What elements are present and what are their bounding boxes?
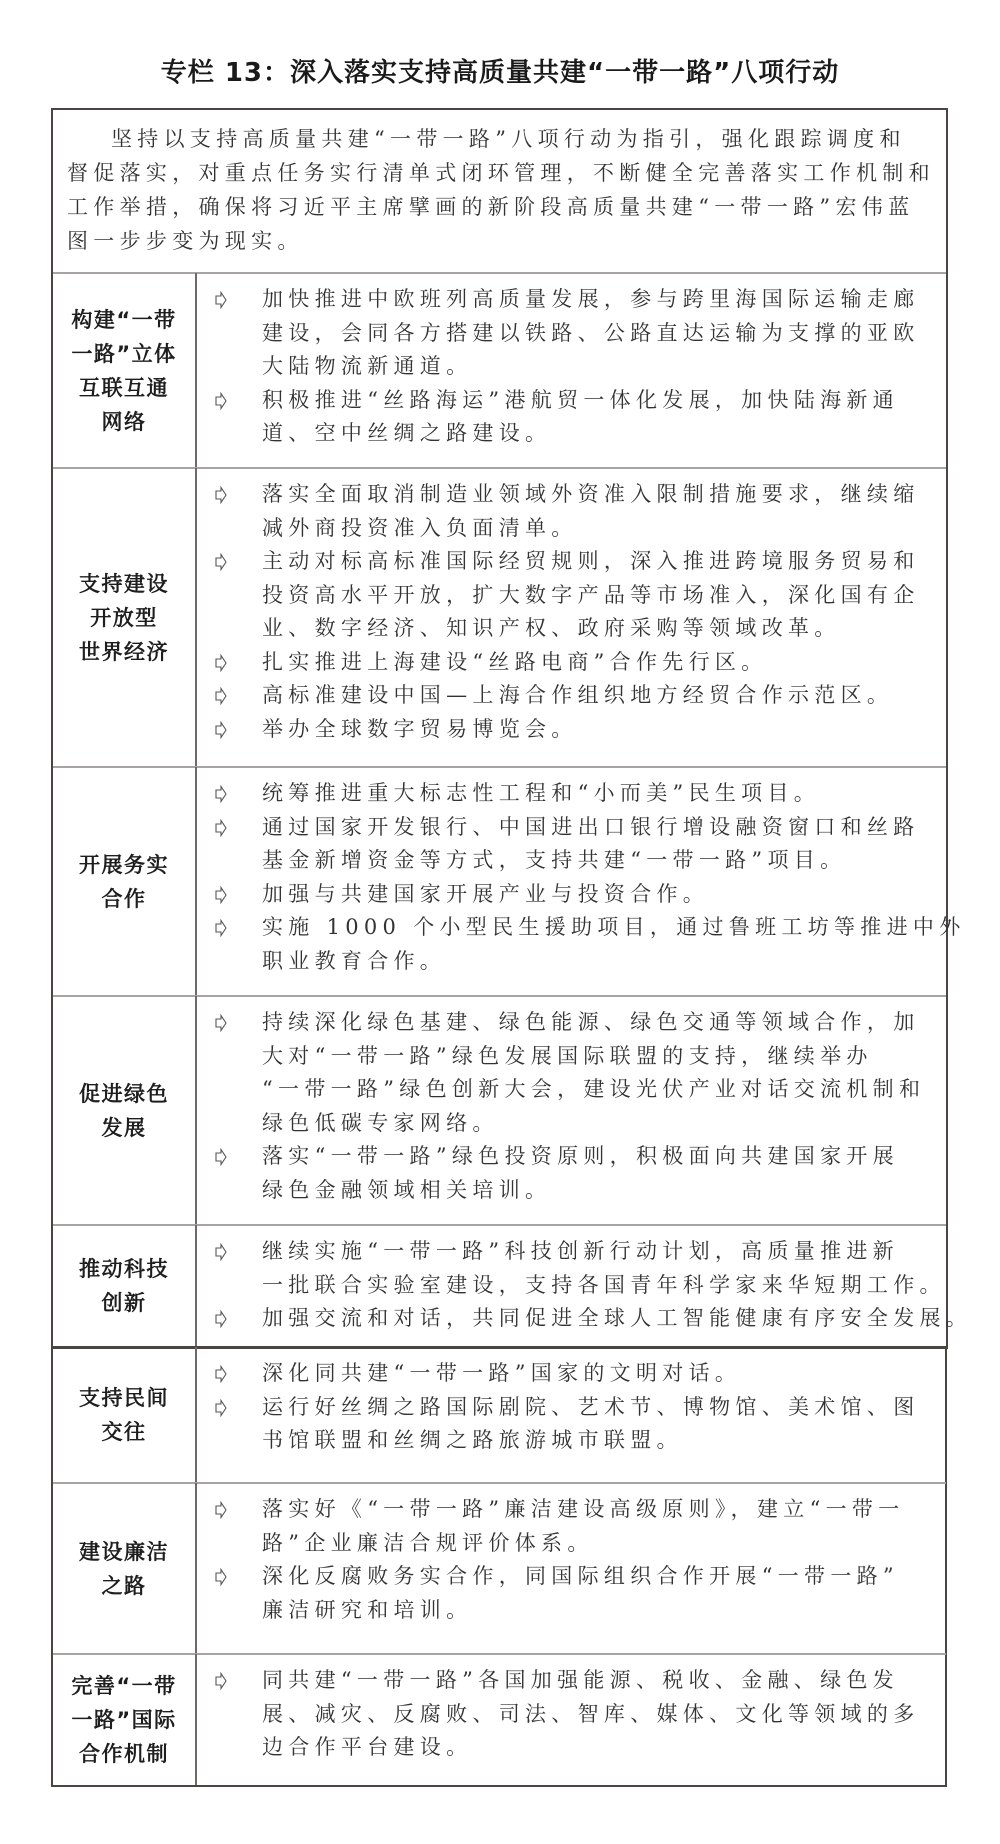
list-item-text: 廉洁研究和培训。	[262, 1594, 945, 1628]
row-label-line: 开展务实	[79, 848, 169, 882]
row-label: 构建“一带一路”立体互联互通网络	[53, 273, 195, 468]
list-item: 积极推进“丝路海运”港航贸一体化发展，加快陆海新通道、空中丝绸之路建设。	[197, 384, 945, 451]
row-label-line: 开放型	[90, 601, 158, 635]
outlined-right-arrow-icon	[215, 654, 227, 672]
list-item-text: 持续深化绿色基建、绿色能源、绿色交通等领域合作，加	[262, 1006, 945, 1040]
list-item: 加强与共建国家开展产业与投资合作。	[197, 878, 945, 912]
row-content: 继续实施“一带一路”科技创新行动计划，高质量推进新一批联合实验室建设，支持各国青…	[197, 1225, 945, 1347]
list-item-text: 积极推进“丝路海运”港航贸一体化发展，加快陆海新通	[262, 384, 945, 418]
intro-paragraph: 坚持以支持高质量共建“一带一路”八项行动为指引，强化跟踪调度和 督促落实，对重点…	[53, 110, 946, 273]
list-item-text: 加强与共建国家开展产业与投资合作。	[262, 878, 945, 912]
list-item: 落实“一带一路”绿色投资原则，积极面向共建国家开展绿色金融领域相关培训。	[197, 1140, 945, 1207]
row-label-line: 创新	[102, 1286, 147, 1320]
list-item-text: 建设，会同各方搭建以铁路、公路直达运输为支撑的亚欧	[262, 317, 945, 351]
row-label-line: 发展	[102, 1111, 147, 1145]
list-item: 加强交流和对话，共同促进全球人工智能健康有序安全发展。	[197, 1302, 945, 1336]
outlined-right-arrow-icon	[215, 886, 227, 904]
list-item-text: 加强交流和对话，共同促进全球人工智能健康有序安全发展。	[262, 1302, 945, 1336]
list-item-text: 落实“一带一路”绿色投资原则，积极面向共建国家开展	[262, 1140, 945, 1174]
row-label-line: 推动科技	[79, 1252, 169, 1286]
outlined-right-arrow-icon	[215, 1243, 227, 1261]
list-item-text: 展、减灾、反腐败、司法、智库、媒体、文化等领域的多	[262, 1698, 945, 1732]
outlined-right-arrow-icon	[215, 1310, 227, 1328]
outlined-right-arrow-icon	[215, 919, 227, 937]
list-item: 实施 1000 个小型民生援助项目，通过鲁班工坊等推进中外职业教育合作。	[197, 911, 945, 978]
list-item-text: 职业教育合作。	[262, 945, 945, 979]
row-label-line: 支持建设	[79, 567, 169, 601]
outlined-right-arrow-icon	[215, 1568, 227, 1586]
row-label-line: 构建“一带	[71, 303, 176, 337]
row-label: 支持建设开放型世界经济	[53, 468, 195, 767]
outlined-right-arrow-icon	[215, 392, 227, 410]
list-item-text: 通过国家开发银行、中国进出口银行增设融资窗口和丝路	[262, 811, 945, 845]
outlined-right-arrow-icon	[215, 1365, 227, 1383]
list-item: 运行好丝绸之路国际剧院、艺术节、博物馆、美术馆、图书馆联盟和丝绸之路旅游城市联盟…	[197, 1391, 945, 1458]
list-item-text: 落实全面取消制造业领域外资准入限制措施要求，继续缩	[262, 478, 945, 512]
list-item-text: 实施 1000 个小型民生援助项目，通过鲁班工坊等推进中外	[262, 911, 945, 945]
outlined-right-arrow-icon	[215, 291, 227, 309]
row-label: 开展务实合作	[53, 767, 195, 996]
row-content: 深化同共建“一带一路”国家的文明对话。运行好丝绸之路国际剧院、艺术节、博物馆、美…	[197, 1347, 945, 1483]
outlined-right-arrow-icon	[215, 721, 227, 739]
intro-line: 图一步步变为现实。	[67, 224, 932, 258]
row-content: 持续深化绿色基建、绿色能源、绿色交通等领域合作，加大对“一带一路”绿色发展国际联…	[197, 996, 945, 1225]
outlined-right-arrow-icon	[215, 1399, 227, 1417]
list-item-text: 绿色金融领域相关培训。	[262, 1174, 945, 1208]
row-label-line: 支持民间	[79, 1381, 169, 1415]
list-item-text: 主动对标高标准国际经贸规则，深入推进跨境服务贸易和	[262, 545, 945, 579]
list-item-text: 高标准建设中国—上海合作组织地方经贸合作示范区。	[262, 679, 945, 713]
list-item-text: 深化同共建“一带一路”国家的文明对话。	[262, 1357, 945, 1391]
list-item-text: 基金新增资金等方式，支持共建“一带一路”项目。	[262, 844, 945, 878]
list-item-text: 举办全球数字贸易博览会。	[262, 713, 945, 747]
list-item-text: 绿色低碳专家网络。	[262, 1107, 945, 1141]
row-label: 完善“一带一路”国际合作机制	[53, 1654, 195, 1785]
list-item-text: 路”企业廉洁合规评价体系。	[262, 1527, 945, 1561]
list-item-text: 深化反腐败务实合作，同国际组织合作开展“一带一路”	[262, 1560, 945, 1594]
list-item-text: 统筹推进重大标志性工程和“小而美”民生项目。	[262, 777, 945, 811]
list-item-text: 同共建“一带一路”各国加强能源、税收、金融、绿色发	[262, 1664, 945, 1698]
list-item-text: 大陆物流新通道。	[262, 350, 945, 384]
row-label-line: 一路”立体	[71, 337, 176, 371]
outlined-right-arrow-icon	[215, 553, 227, 571]
list-item-text: 落实好《“一带一路”廉洁建设高级原则》，建立“一带一	[262, 1493, 945, 1527]
list-item: 主动对标高标准国际经贸规则，深入推进跨境服务贸易和投资高水平开放，扩大数字产品等…	[197, 545, 945, 646]
outlined-right-arrow-icon	[215, 819, 227, 837]
outlined-right-arrow-icon	[215, 687, 227, 705]
row-label-line: 网络	[102, 405, 147, 439]
intro-line: 督促落实，对重点任务实行清单式闭环管理，不断健全完善落实工作机制和	[67, 156, 932, 190]
row-label-line: 合作	[102, 882, 147, 916]
row-content: 落实好《“一带一路”廉洁建设高级原则》，建立“一带一路”企业廉洁合规评价体系。深…	[197, 1483, 945, 1654]
outlined-right-arrow-icon	[215, 486, 227, 504]
row-label-line: 合作机制	[79, 1737, 169, 1771]
row-label-line: 促进绿色	[79, 1077, 169, 1111]
list-item: 落实好《“一带一路”廉洁建设高级原则》，建立“一带一路”企业廉洁合规评价体系。	[197, 1493, 945, 1560]
list-item: 扎实推进上海建设“丝路电商”合作先行区。	[197, 646, 945, 680]
list-item-text: 大对“一带一路”绿色发展国际联盟的支持，继续举办	[262, 1040, 945, 1074]
row-content: 加快推进中欧班列高质量发展，参与跨里海国际运输走廊建设，会同各方搭建以铁路、公路…	[197, 273, 945, 468]
outlined-right-arrow-icon	[215, 1014, 227, 1032]
row-label-line: 交往	[102, 1415, 147, 1449]
list-item: 高标准建设中国—上海合作组织地方经贸合作示范区。	[197, 679, 945, 713]
row-label: 促进绿色发展	[53, 996, 195, 1225]
list-item: 加快推进中欧班列高质量发展，参与跨里海国际运输走廊建设，会同各方搭建以铁路、公路…	[197, 283, 945, 384]
list-item: 持续深化绿色基建、绿色能源、绿色交通等领域合作，加大对“一带一路”绿色发展国际联…	[197, 1006, 945, 1140]
column-title: 专栏 13：深入落实支持高质量共建“一带一路”八项行动	[0, 52, 1000, 89]
row-content: 落实全面取消制造业领域外资准入限制措施要求，继续缩减外商投资准入负面清单。主动对…	[197, 468, 945, 767]
intro-line: 工作举措，确保将习近平主席擘画的新阶段高质量共建“一带一路”宏伟蓝	[67, 190, 932, 224]
list-item-text: 加快推进中欧班列高质量发展，参与跨里海国际运输走廊	[262, 283, 945, 317]
row-label-line: 之路	[102, 1569, 147, 1603]
list-item-text: 边合作平台建设。	[262, 1731, 945, 1765]
list-item-text: “一带一路”绿色创新大会，建设光伏产业对话交流机制和	[262, 1073, 945, 1107]
list-item-text: 业、数字经济、知识产权、政府采购等领域改革。	[262, 612, 945, 646]
row-content: 同共建“一带一路”各国加强能源、税收、金融、绿色发展、减灾、反腐败、司法、智库、…	[197, 1654, 945, 1785]
list-item-text: 投资高水平开放，扩大数字产品等市场准入，深化国有企	[262, 579, 945, 613]
list-item: 深化反腐败务实合作，同国际组织合作开展“一带一路”廉洁研究和培训。	[197, 1560, 945, 1627]
list-item-text: 减外商投资准入负面清单。	[262, 512, 945, 546]
outlined-right-arrow-icon	[215, 785, 227, 803]
row-label-line: 世界经济	[79, 635, 169, 669]
list-item-text: 一批联合实验室建设，支持各国青年科学家来华短期工作。	[262, 1269, 945, 1303]
row-content: 统筹推进重大标志性工程和“小而美”民生项目。通过国家开发银行、中国进出口银行增设…	[197, 767, 945, 996]
intro-line: 坚持以支持高质量共建“一带一路”八项行动为指引，强化跟踪调度和	[67, 122, 932, 156]
list-item: 落实全面取消制造业领域外资准入限制措施要求，继续缩减外商投资准入负面清单。	[197, 478, 945, 545]
row-label-line: 一路”国际	[71, 1703, 176, 1737]
row-label-line: 完善“一带	[71, 1669, 176, 1703]
list-item: 统筹推进重大标志性工程和“小而美”民生项目。	[197, 777, 945, 811]
row-label: 推动科技创新	[53, 1225, 195, 1347]
list-item: 深化同共建“一带一路”国家的文明对话。	[197, 1357, 945, 1391]
list-item: 继续实施“一带一路”科技创新行动计划，高质量推进新一批联合实验室建设，支持各国青…	[197, 1235, 945, 1302]
list-item-text: 运行好丝绸之路国际剧院、艺术节、博物馆、美术馆、图	[262, 1391, 945, 1425]
list-item-text: 继续实施“一带一路”科技创新行动计划，高质量推进新	[262, 1235, 945, 1269]
list-item-text: 扎实推进上海建设“丝路电商”合作先行区。	[262, 646, 945, 680]
outlined-right-arrow-icon	[215, 1148, 227, 1166]
list-item-text: 书馆联盟和丝绸之路旅游城市联盟。	[262, 1424, 945, 1458]
list-item: 通过国家开发银行、中国进出口银行增设融资窗口和丝路基金新增资金等方式，支持共建“…	[197, 811, 945, 878]
list-item: 同共建“一带一路”各国加强能源、税收、金融、绿色发展、减灾、反腐败、司法、智库、…	[197, 1664, 945, 1765]
row-label: 支持民间交往	[53, 1347, 195, 1483]
outlined-right-arrow-icon	[215, 1501, 227, 1519]
list-item: 举办全球数字贸易博览会。	[197, 713, 945, 747]
row-label-line: 互联互通	[79, 371, 169, 405]
list-item-text: 道、空中丝绸之路建设。	[262, 417, 945, 451]
row-label-line: 建设廉洁	[79, 1535, 169, 1569]
row-label: 建设廉洁之路	[53, 1483, 195, 1654]
outlined-right-arrow-icon	[215, 1672, 227, 1690]
